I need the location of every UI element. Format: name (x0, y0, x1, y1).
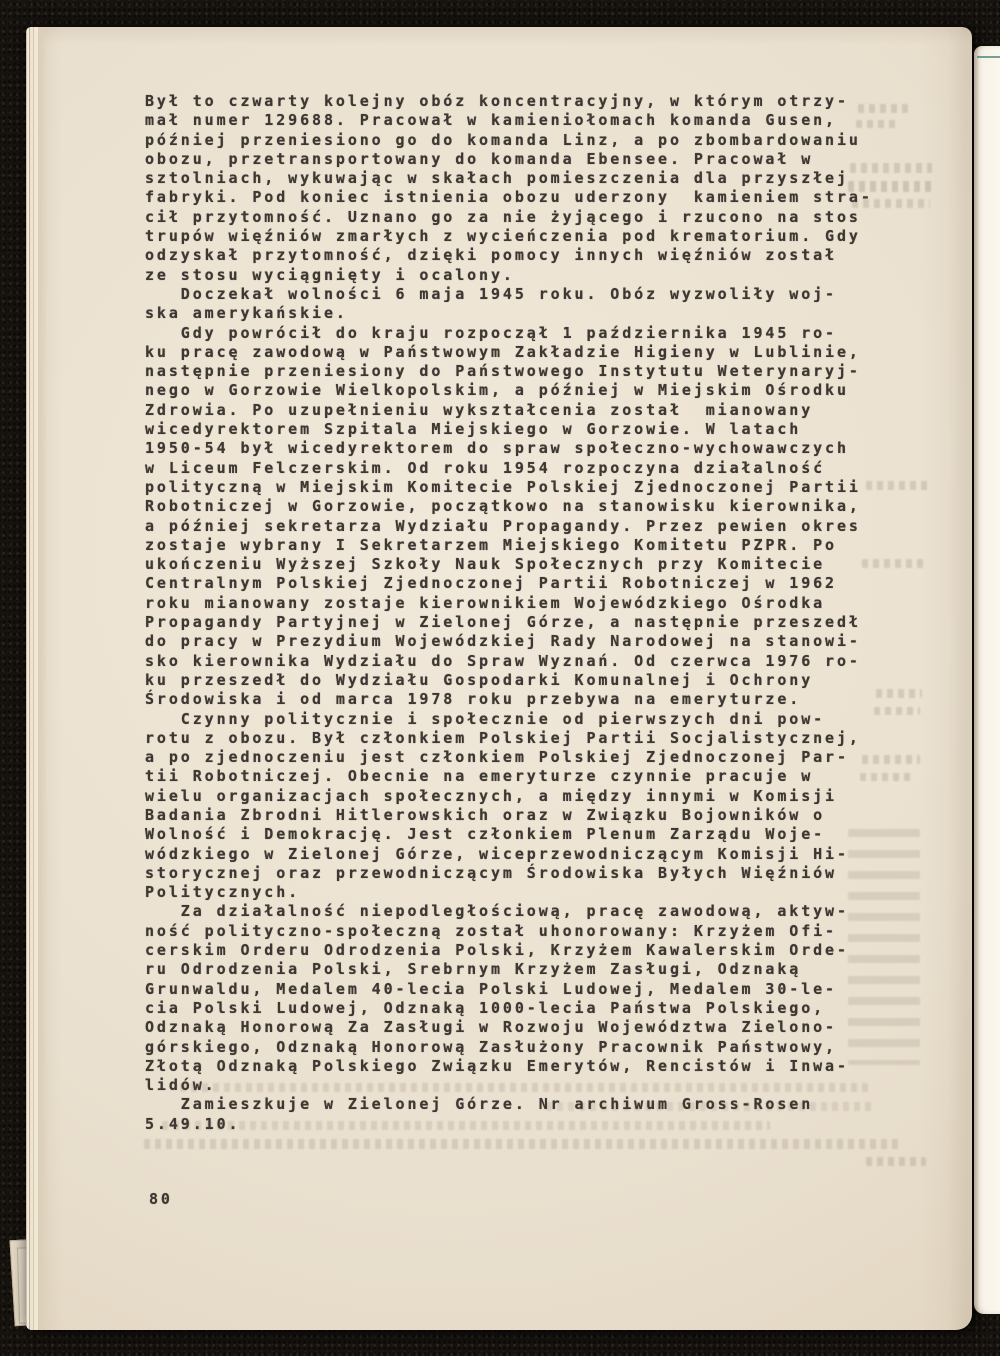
show-through-text (866, 481, 932, 490)
show-through-text (876, 689, 922, 698)
show-through-text (874, 707, 920, 715)
page-fore-edge (26, 27, 48, 1330)
typewritten-text: Był to czwarty kolejny obóz koncentracyj… (145, 92, 873, 1134)
book-page: Był to czwarty kolejny obóz koncentracyj… (26, 27, 972, 1330)
show-through-text (866, 1157, 926, 1166)
next-page-edge (974, 46, 1000, 1314)
teal-edge-mark (977, 56, 1000, 58)
show-through-text (144, 1139, 900, 1149)
scan-background: Był to czwarty kolejny obóz koncentracyj… (0, 0, 1000, 1356)
page-number: 80 (149, 1190, 173, 1208)
